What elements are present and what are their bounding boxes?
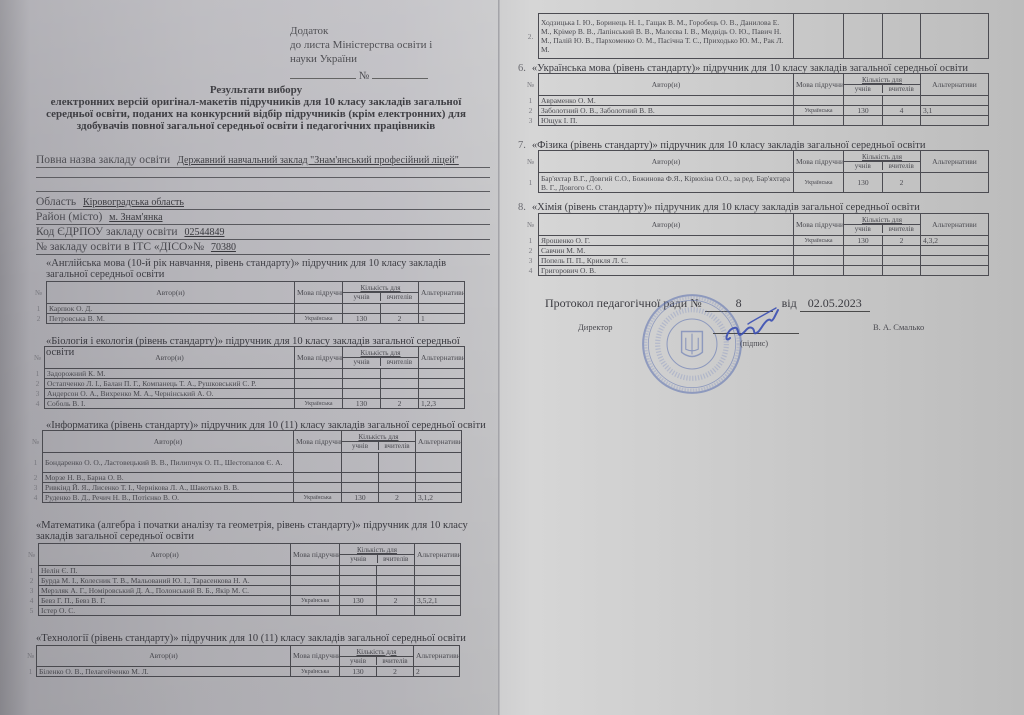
director-name: В. А. Смалько xyxy=(873,322,924,332)
row-language xyxy=(291,606,340,616)
header-teachers: вчителів xyxy=(376,657,413,665)
header-teachers: вчителів xyxy=(882,162,921,170)
table-header-row: №Автор(и)Мова підручникаКількість дляучн… xyxy=(25,646,460,667)
header-students: учнів xyxy=(343,293,380,301)
header-num: № xyxy=(31,282,47,304)
table-row: 4Соболь В. І.Українська13021,2,3 xyxy=(31,399,465,409)
row-language xyxy=(294,453,342,473)
row-author: Бар'яхтар В.Г., Довгий С.О., Божинова Ф.… xyxy=(539,173,794,193)
row-language: Українська xyxy=(794,106,844,116)
row-number: 1 xyxy=(25,566,39,576)
title-line: Результати вибору xyxy=(36,84,476,96)
row-number: 3 xyxy=(523,116,539,126)
header-quantity: Кількість дляучніввчителів xyxy=(844,74,921,96)
table-row: 2Заболотний О. В., Заболотний В. В.Украї… xyxy=(523,106,989,116)
edrpou-field: Код ЄДРПОУ закладу освіти 02544849 xyxy=(36,226,490,240)
textbook-table: №Автор(и)Мова підручникаКількість дляучн… xyxy=(522,150,989,193)
addendum-line: до листа Міністерства освіти і xyxy=(290,38,432,52)
row-teachers xyxy=(381,369,419,379)
field-value: 70380 xyxy=(211,242,236,253)
field-label: Повна назва закладу освіти xyxy=(36,154,170,166)
row-alternatives xyxy=(419,304,465,314)
table-row: 2.Ходзицька І. Ю., Боринець Н. І., Гащак… xyxy=(523,14,989,59)
header-alternatives: Альтернативи xyxy=(921,151,989,173)
row-teachers xyxy=(379,483,416,493)
header-quantity: Кількість дляучніввчителів xyxy=(343,282,419,304)
header-students: учнів xyxy=(844,225,882,233)
row-teachers xyxy=(883,266,921,276)
row-teachers: 4 xyxy=(883,106,921,116)
row-teachers xyxy=(883,116,921,126)
field-label: Область xyxy=(36,196,76,208)
table-header-row: №Автор(и)Мова підручникаКількість дляучн… xyxy=(25,544,461,566)
row-author: Андерсон О. А., Вихренко М. А., Чернінсь… xyxy=(45,389,295,399)
header-teachers: вчителів xyxy=(380,358,418,366)
row-teachers xyxy=(381,379,419,389)
row-students xyxy=(844,256,883,266)
row-students xyxy=(342,453,379,473)
table-header-row: №Автор(и)Мова підручникаКількість дляучн… xyxy=(523,214,989,236)
section-title-text: «Хімія (рівень стандарту)» підручник для… xyxy=(532,202,920,213)
header-teachers: вчителів xyxy=(377,555,415,563)
row-teachers xyxy=(377,606,415,616)
table-header-row: №Автор(и)Мова підручникаКількість дляучн… xyxy=(31,347,465,369)
table-row: 2Савчин М. М. xyxy=(523,246,989,256)
addendum-number-line: № xyxy=(290,68,432,83)
row-students: 130 xyxy=(844,106,883,116)
table-row: 3Ривкінд Й. Я., Лисенко Т. І., Чернікова… xyxy=(29,483,462,493)
header-author: Автор(и) xyxy=(37,646,291,667)
row-alternatives xyxy=(415,566,461,576)
table-row: 4Руденко В. Д., Речич Н. В., Потієнко В.… xyxy=(29,493,462,503)
row-number: 1 xyxy=(523,96,539,106)
row-author: Мерзляк А. Г., Номіровський Д. А., Полон… xyxy=(39,586,291,596)
row-students xyxy=(340,566,377,576)
textbook-table: №Автор(и)Мова підручникаКількість дляучн… xyxy=(30,281,465,324)
director-label: Директор xyxy=(578,322,613,332)
row-number: 1 xyxy=(31,304,47,314)
district-field: Район (місто) м. Знам'янка xyxy=(36,211,490,225)
header-alternatives: Альтернативи xyxy=(921,214,989,236)
row-number: 1 xyxy=(523,236,539,246)
row-alternatives: 3,5,2,1 xyxy=(415,596,461,606)
row-students xyxy=(340,586,377,596)
row-teachers xyxy=(883,14,921,59)
row-students: 130 xyxy=(340,596,377,606)
section-number: 8. xyxy=(518,202,526,213)
addendum-line: науки України xyxy=(290,52,432,66)
institution-field: Повна назва закладу освіти Державний нав… xyxy=(36,154,490,168)
row-students xyxy=(844,96,883,106)
row-author: Морзе Н. В., Барна О. В. xyxy=(43,473,294,483)
header-quantity: Кількість дляучніввчителів xyxy=(844,151,921,173)
table-row: 1Нелін Є. П. xyxy=(25,566,461,576)
table-row: 1Бондаренко О. О., Ластовецький В. В., П… xyxy=(29,453,462,473)
row-author: Біленко О. В., Пелагейченко М. Л. xyxy=(37,667,291,677)
row-alternatives xyxy=(416,473,462,483)
row-students xyxy=(343,389,381,399)
row-teachers xyxy=(377,576,415,586)
header-teachers: вчителів xyxy=(882,225,921,233)
table-row: 2Остапченко Л. І., Балан П. Г., Компанец… xyxy=(31,379,465,389)
row-language xyxy=(794,14,844,59)
row-number: 3 xyxy=(523,256,539,266)
row-alternatives xyxy=(415,586,461,596)
row-alternatives xyxy=(419,389,465,399)
row-language: Українська xyxy=(295,399,343,409)
row-teachers xyxy=(381,304,419,314)
row-alternatives xyxy=(416,483,462,493)
row-number: 2 xyxy=(29,473,43,483)
header-teachers: вчителів xyxy=(380,293,418,301)
row-alternatives xyxy=(416,453,462,473)
row-teachers xyxy=(377,586,415,596)
row-teachers: 2 xyxy=(377,596,415,606)
header-alternatives: Альтернативи xyxy=(921,74,989,96)
header-author: Автор(и) xyxy=(47,282,295,304)
row-alternatives xyxy=(419,369,465,379)
header-quantity-label: Кількість для xyxy=(844,153,920,161)
protocol-date: 02.05.2023 xyxy=(800,296,870,312)
header-quantity-label: Кількість для xyxy=(342,433,415,441)
textbook-table: №Автор(и)Мова підручникаКількість дляучн… xyxy=(30,346,465,409)
row-language xyxy=(291,586,340,596)
header-quantity: Кількість дляучніввчителів xyxy=(342,431,416,453)
row-author: Петровська В. М. xyxy=(47,314,295,324)
header-author: Автор(и) xyxy=(539,74,794,96)
row-teachers: 2 xyxy=(379,493,416,503)
row-author: Ходзицька І. Ю., Боринець Н. І., Гащак В… xyxy=(539,14,794,59)
table-row: 4Бевз Г. П., Бевз В. Г.Українська13023,5… xyxy=(25,596,461,606)
row-alternatives xyxy=(921,96,989,106)
row-teachers: 2 xyxy=(883,236,921,246)
row-author: Заболотний О. В., Заболотний В. В. xyxy=(539,106,794,116)
table-row: 1Авраменко О. М. xyxy=(523,96,989,106)
row-students: 130 xyxy=(340,667,377,677)
section-title-text: «Технології (рівень стандарту)» підручни… xyxy=(36,633,466,644)
header-quantity-label: Кількість для xyxy=(343,284,418,292)
addendum-block: Додаток до листа Міністерства освіти і н… xyxy=(290,24,432,83)
header-alternatives: Альтернативи xyxy=(414,646,460,667)
textbook-table: №Автор(и)Мова підручникаКількість дляучн… xyxy=(24,543,461,616)
row-author: Ющук І. П. xyxy=(539,116,794,126)
header-alternatives: Альтернативи xyxy=(416,431,462,453)
header-students: учнів xyxy=(343,358,380,366)
row-author: Нелін Є. П. xyxy=(39,566,291,576)
table-header-row: №Автор(и)Мова підручникаКількість дляучн… xyxy=(29,431,462,453)
header-language: Мова підручника xyxy=(295,347,343,369)
row-number: 3 xyxy=(29,483,43,493)
header-students: учнів xyxy=(844,162,882,170)
row-alternatives xyxy=(415,576,461,586)
row-alternatives xyxy=(921,116,989,126)
table-row: 2Бурда М. І., Колесник Т. В., Мальований… xyxy=(25,576,461,586)
row-number: 1 xyxy=(523,173,539,193)
row-alternatives: 3,1 xyxy=(921,106,989,116)
table-row: 1Задорожний К. М. xyxy=(31,369,465,379)
textbook-table: №Автор(и)Мова підручникаКількість дляучн… xyxy=(522,73,989,126)
row-author: Соболь В. І. xyxy=(45,399,295,409)
row-alternatives xyxy=(921,246,989,256)
blank-line xyxy=(36,191,490,192)
row-author: Руденко В. Д., Речич Н. В., Потієнко В. … xyxy=(43,493,294,503)
row-number: 3 xyxy=(25,586,39,596)
row-author: Задорожний К. М. xyxy=(45,369,295,379)
row-teachers xyxy=(883,96,921,106)
row-students xyxy=(340,576,377,586)
header-language: Мова підручника xyxy=(794,214,844,236)
row-author: Остапченко Л. І., Балан П. Г., Компанець… xyxy=(45,379,295,389)
field-label: № закладу освіти в ІТС «ДІСО»№ xyxy=(36,241,204,253)
header-quantity-label: Кількість для xyxy=(844,76,920,84)
header-alternatives: Альтернативи xyxy=(419,347,465,369)
row-students: 130 xyxy=(343,399,381,409)
row-language xyxy=(294,483,342,493)
row-language: Українська xyxy=(294,493,342,503)
row-teachers: 2 xyxy=(883,173,921,193)
row-students: 130 xyxy=(844,173,883,193)
field-value: Державний навчальний заклад "Знам'янськи… xyxy=(177,155,459,166)
row-alternatives xyxy=(415,606,461,616)
row-alternatives xyxy=(419,379,465,389)
row-language xyxy=(794,96,844,106)
section-title: «Математика (алгебра і початки аналізу т… xyxy=(36,520,476,542)
header-num: № xyxy=(25,646,37,667)
table-header-row: №Автор(и)Мова підручникаКількість дляучн… xyxy=(523,74,989,96)
row-number: 2 xyxy=(523,106,539,116)
header-quantity-label: Кількість для xyxy=(340,648,413,656)
header-num: № xyxy=(523,214,539,236)
row-alternatives: 3,1,2 xyxy=(416,493,462,503)
title-subtitle: електронних версій оригінал-макетів підр… xyxy=(36,96,476,132)
row-language xyxy=(295,369,343,379)
signature-caption: (підпис) xyxy=(740,339,768,348)
header-quantity-label: Кількість для xyxy=(340,546,414,554)
field-value: 02544849 xyxy=(184,227,224,238)
header-author: Автор(и) xyxy=(43,431,294,453)
header-students: учнів xyxy=(340,555,377,563)
header-language: Мова підручника xyxy=(291,646,340,667)
row-students xyxy=(342,483,379,493)
row-teachers xyxy=(883,246,921,256)
section-title-text: «Математика (алгебра і початки аналізу т… xyxy=(36,520,468,542)
row-teachers: 2 xyxy=(381,399,419,409)
row-author: Авраменко О. М. xyxy=(539,96,794,106)
header-language: Мова підручника xyxy=(794,74,844,96)
disco-field: № закладу освіти в ІТС «ДІСО»№ 70380 xyxy=(36,241,490,255)
header-quantity: Кількість дляучніввчителів xyxy=(340,544,415,566)
header-language: Мова підручника xyxy=(294,431,342,453)
row-author: Ярошенко О. Г. xyxy=(539,236,794,246)
section-title: 8.«Хімія (рівень стандарту)» підручник д… xyxy=(518,202,998,213)
row-students xyxy=(343,379,381,389)
row-author: Ривкінд Й. Я., Лисенко Т. І., Чернікова … xyxy=(43,483,294,493)
row-number: 2 xyxy=(523,246,539,256)
table-row: 3Ющук І. П. xyxy=(523,116,989,126)
table-row: 4Григорович О. В. xyxy=(523,266,989,276)
row-number: 3 xyxy=(31,389,45,399)
header-num: № xyxy=(29,431,43,453)
number-sign: № xyxy=(359,70,370,82)
row-students xyxy=(844,246,883,256)
table-header-row: №Автор(и)Мова підручникаКількість дляучн… xyxy=(523,151,989,173)
header-teachers: вчителів xyxy=(882,85,921,93)
header-author: Автор(и) xyxy=(539,214,794,236)
row-language: Українська xyxy=(295,314,343,324)
header-author: Автор(и) xyxy=(539,151,794,173)
section-title-text: «Англійська мова (10-й рік навчання, рів… xyxy=(46,258,446,280)
row-author: Бевз Г. П., Бевз В. Г. xyxy=(39,596,291,606)
row-language: Українська xyxy=(291,596,340,606)
field-label: Район (місто) xyxy=(36,211,102,223)
row-students xyxy=(343,304,381,314)
header-quantity: Кількість дляучніввчителів xyxy=(340,646,414,667)
row-language xyxy=(295,379,343,389)
row-author: Бондаренко О. О., Ластовецький В. В., Пи… xyxy=(43,453,294,473)
row-alternatives: 2 xyxy=(414,667,460,677)
table-row: 2Петровська В. М.Українська13021 xyxy=(31,314,465,324)
row-number: 5 xyxy=(25,606,39,616)
section-title: «Англійська мова (10-й рік навчання, рів… xyxy=(46,258,486,280)
textbook-table: №Автор(и)Мова підручникаКількість дляучн… xyxy=(28,430,462,503)
header-author: Автор(и) xyxy=(39,544,291,566)
row-students: 130 xyxy=(844,236,883,246)
header-num: № xyxy=(31,347,45,369)
row-language xyxy=(794,116,844,126)
row-alternatives xyxy=(921,256,989,266)
blank-line xyxy=(36,177,490,178)
table-row: 3Андерсон О. А., Вихренко М. А., Чернінс… xyxy=(31,389,465,399)
document-page-left: Додаток до листа Міністерства освіти і н… xyxy=(0,0,500,715)
row-language xyxy=(794,266,844,276)
row-alternatives xyxy=(921,14,989,59)
row-language xyxy=(295,304,343,314)
row-author: Істер О. С. xyxy=(39,606,291,616)
row-author: Савчин М. М. xyxy=(539,246,794,256)
field-value: м. Знам'янка xyxy=(109,212,162,223)
row-language xyxy=(794,246,844,256)
textbook-table: №Автор(и)Мова підручникаКількість дляучн… xyxy=(522,213,989,276)
addendum-line: Додаток xyxy=(290,24,432,38)
protocol-date-label: від xyxy=(782,296,797,310)
row-teachers xyxy=(379,453,416,473)
header-author: Автор(и) xyxy=(45,347,295,369)
header-num: № xyxy=(523,151,539,173)
section-title: «Технології (рівень стандарту)» підручни… xyxy=(36,633,476,644)
header-quantity-label: Кількість для xyxy=(343,349,418,357)
row-number: 2. xyxy=(523,14,539,59)
row-students: 130 xyxy=(343,314,381,324)
row-students xyxy=(340,606,377,616)
row-alternatives xyxy=(921,266,989,276)
row-alternatives: 4,3,2 xyxy=(921,236,989,246)
header-num: № xyxy=(25,544,39,566)
row-number: 4 xyxy=(523,266,539,276)
table-row: 1Карпюк О. Д. xyxy=(31,304,465,314)
header-language: Мова підручника xyxy=(794,151,844,173)
table-row: 2Морзе Н. В., Барна О. В. xyxy=(29,473,462,483)
region-field: Область Кіровоградська область xyxy=(36,196,490,210)
row-number: 4 xyxy=(31,399,45,409)
row-language: Українська xyxy=(794,173,844,193)
textbook-table: №Автор(и)Мова підручникаКількість дляучн… xyxy=(24,645,460,677)
row-language xyxy=(794,256,844,266)
row-language xyxy=(295,389,343,399)
row-number: 1 xyxy=(25,667,37,677)
header-alternatives: Альтернативи xyxy=(419,282,465,304)
row-number: 2 xyxy=(25,576,39,586)
row-alternatives xyxy=(921,173,989,193)
row-students xyxy=(844,14,883,59)
header-alternatives: Альтернативи xyxy=(415,544,461,566)
row-students xyxy=(844,116,883,126)
table-row: 1Бар'яхтар В.Г., Довгий С.О., Божинова Ф… xyxy=(523,173,989,193)
header-students: учнів xyxy=(342,442,378,450)
row-language: Українська xyxy=(794,236,844,246)
document-page-right: 2.Ходзицька І. Ю., Боринець Н. І., Гащак… xyxy=(500,0,1024,715)
row-language xyxy=(291,566,340,576)
textbook-table: 2.Ходзицька І. Ю., Боринець Н. І., Гащак… xyxy=(522,13,989,59)
table-header-row: №Автор(и)Мова підручникаКількість дляучн… xyxy=(31,282,465,304)
header-quantity-label: Кількість для xyxy=(844,216,920,224)
row-author: Бурда М. І., Колесник Т. В., Мальований … xyxy=(39,576,291,586)
table-row: 1Біленко О. В., Пелагейченко М. Л.Україн… xyxy=(25,667,460,677)
table-row: 3Мерзляк А. Г., Номіровський Д. А., Поло… xyxy=(25,586,461,596)
row-language xyxy=(294,473,342,483)
row-teachers xyxy=(377,566,415,576)
row-number: 1 xyxy=(31,369,45,379)
row-alternatives: 1,2,3 xyxy=(419,399,465,409)
row-number: 2 xyxy=(31,314,47,324)
row-students xyxy=(343,369,381,379)
header-teachers: вчителів xyxy=(378,442,415,450)
row-students xyxy=(844,266,883,276)
row-author: Григорович О. В. xyxy=(539,266,794,276)
row-language xyxy=(291,576,340,586)
row-teachers xyxy=(381,389,419,399)
header-language: Мова підручника xyxy=(291,544,340,566)
row-alternatives: 1 xyxy=(419,314,465,324)
row-language: Українська xyxy=(291,667,340,677)
row-author: Карпюк О. Д. xyxy=(47,304,295,314)
table-row: 1Ярошенко О. Г.Українська13024,3,2 xyxy=(523,236,989,246)
header-language: Мова підручника xyxy=(295,282,343,304)
row-teachers: 2 xyxy=(377,667,414,677)
header-students: учнів xyxy=(844,85,882,93)
row-number: 2 xyxy=(31,379,45,389)
table-row: 5Істер О. С. xyxy=(25,606,461,616)
row-author: Попель П. П., Крикля Л. С. xyxy=(539,256,794,266)
row-number: 1 xyxy=(29,453,43,473)
header-num: № xyxy=(523,74,539,96)
field-value: Кіровоградська область xyxy=(83,197,184,208)
header-quantity: Кількість дляучніввчителів xyxy=(343,347,419,369)
row-students xyxy=(342,473,379,483)
row-teachers: 2 xyxy=(381,314,419,324)
row-teachers xyxy=(379,473,416,483)
row-students: 130 xyxy=(342,493,379,503)
header-students: учнів xyxy=(340,657,376,665)
document-title: Результати вибору електронних версій ори… xyxy=(36,84,476,132)
header-quantity: Кількість дляучніввчителів xyxy=(844,214,921,236)
row-teachers xyxy=(883,256,921,266)
row-number: 4 xyxy=(25,596,39,606)
row-number: 4 xyxy=(29,493,43,503)
table-row: 3Попель П. П., Крикля Л. С. xyxy=(523,256,989,266)
field-label: Код ЄДРПОУ закладу освіти xyxy=(36,226,178,238)
